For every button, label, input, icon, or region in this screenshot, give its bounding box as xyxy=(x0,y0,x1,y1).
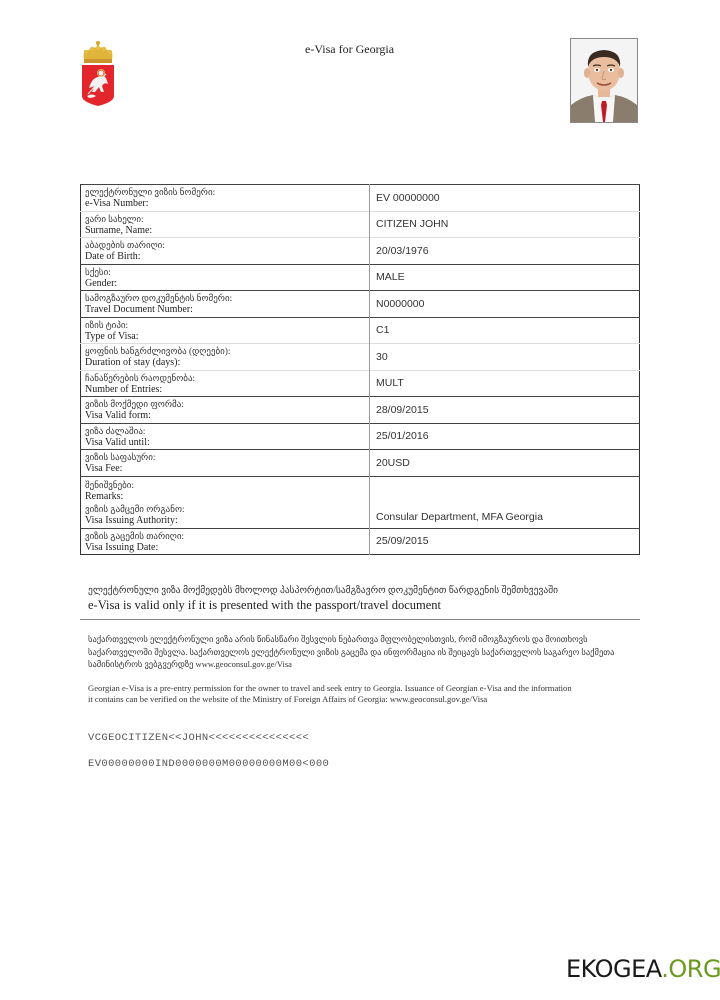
field-value-visa-issuing-date: 25/09/2015 xyxy=(370,528,640,555)
field-value-evisa-number: EV 00000000 xyxy=(370,185,640,212)
table-row-visa-valid-until: ვიზა ძალაშია:Visa Valid until: 25/01/201… xyxy=(81,423,640,450)
field-label-en: Duration of stay (days): xyxy=(85,357,365,369)
field-label-ge: სქესი: xyxy=(85,266,365,278)
table-row-visa-issuing-date: ვიზის გაცემის თარიღი:Visa Issuing Date: … xyxy=(81,528,640,555)
field-label-en: Visa Valid until: xyxy=(85,437,365,449)
table-row-remarks-issuing-authority: შენიშვნები: Remarks: ვიზის გამცემი ორგან… xyxy=(81,476,640,528)
field-label-en: Gender: xyxy=(85,278,365,290)
brand-domain: .ORG xyxy=(661,955,720,983)
field-value-surname-name: CITIZEN JOHN xyxy=(370,211,640,238)
validity-notice-ge: ელექტრონული ვიზა მოქმედებს მხოლოდ პასპორ… xyxy=(88,585,648,598)
field-label-ge: ელექტრონული ვიზის ნომერი: xyxy=(85,186,365,198)
field-label-ge: შენიშვნები: xyxy=(85,479,365,491)
field-label-ge: ვიზა ძალაშია: xyxy=(85,425,365,437)
table-row-number-of-entries: ჩანაწერების რაოდენობა:Number of Entries:… xyxy=(81,370,640,397)
field-label-ge: სამოგზაურო დოკუმენტის ნომერი: xyxy=(85,292,365,304)
field-label-ge: ვიზის გამცემი ორგანო: xyxy=(85,503,365,515)
field-label-en: Number of Entries: xyxy=(85,384,365,396)
field-value-number-of-entries: MULT xyxy=(370,370,640,397)
field-label-ge: ჩანაწერების რაოდენობა: xyxy=(85,372,365,384)
field-label-ge: ვიზის საფასური: xyxy=(85,451,365,463)
field-label-en: Surname, Name: xyxy=(85,225,365,237)
field-value-visa-valid-from: 28/09/2015 xyxy=(370,397,640,424)
field-value-issuing-authority: Consular Department, MFA Georgia xyxy=(370,476,640,528)
field-label-en: Visa Fee: xyxy=(85,463,365,475)
brand-name: EKOGEA xyxy=(566,955,661,983)
table-row-evisa-number: ელექტრონული ვიზის ნომერი:e-Visa Number: … xyxy=(81,185,640,212)
document-title: e-Visa for Georgia xyxy=(305,42,394,57)
field-label-en: e-Visa Number: xyxy=(85,198,365,210)
field-value-visa-valid-until: 25/01/2016 xyxy=(370,423,640,450)
field-label-ge: ყოფნის ხანგრძლივობა (დღეები): xyxy=(85,345,365,357)
field-label-en: Remarks: xyxy=(85,491,365,503)
visa-details-table: ელექტრონული ვიზის ნომერი:e-Visa Number: … xyxy=(80,184,640,555)
field-label-en: Type of Visa: xyxy=(85,331,365,343)
field-label-ge: ვარი სახელი: xyxy=(85,213,365,225)
table-row-gender: სქესი:Gender: MALE xyxy=(81,264,640,291)
mrz-line-2: EV00000000IND0000000M00000000M00<000 xyxy=(88,758,329,770)
field-label-en: Date of Birth: xyxy=(85,251,365,263)
info-paragraph-ge: საქართველოს ელექტრონული ვიზა არის წინასწ… xyxy=(88,633,648,671)
field-label-en: Visa Valid form: xyxy=(85,410,365,422)
table-row-duration-of-stay: ყოფნის ხანგრძლივობა (დღეები):Duration of… xyxy=(81,344,640,371)
table-row-visa-valid-from: ვიზის მოქმედი ფორმა:Visa Valid form: 28/… xyxy=(81,397,640,424)
field-value-visa-fee: 20USD xyxy=(370,450,640,477)
field-value-type-of-visa: C1 xyxy=(370,317,640,344)
table-row-type-of-visa: იზის ტიპი:Type of Visa: C1 xyxy=(81,317,640,344)
validity-notice-en: e-Visa is valid only if it is presented … xyxy=(88,598,648,613)
field-label-ge: იზის ტიპი: xyxy=(85,319,365,331)
field-value-travel-document-number: N0000000 xyxy=(370,291,640,318)
field-label-en: Visa Issuing Date: xyxy=(85,542,365,554)
field-label-ge: ვიზის გაცემის თარიღი: xyxy=(85,530,365,542)
field-label-ge: აბადების თარიღი: xyxy=(85,239,365,251)
table-row-travel-document-number: სამოგზაურო დოკუმენტის ნომერი:Travel Docu… xyxy=(81,291,640,318)
divider xyxy=(80,619,640,620)
info-en-line-1: Georgian e-Visa is a pre-entry permissio… xyxy=(88,683,648,694)
holder-portrait-photo xyxy=(570,38,638,123)
field-label-ge: ვიზის მოქმედი ფორმა: xyxy=(85,398,365,410)
info-paragraph-en: Georgian e-Visa is a pre-entry permissio… xyxy=(88,683,648,705)
validity-notice: ელექტრონული ვიზა მოქმედებს მხოლოდ პასპორ… xyxy=(88,585,648,613)
table-row-visa-fee: ვიზის საფასური:Visa Fee: 20USD xyxy=(81,450,640,477)
field-value-gender: MALE xyxy=(370,264,640,291)
table-row-date-of-birth: აბადების თარიღი:Date of Birth: 20/03/197… xyxy=(81,238,640,265)
georgia-coat-of-arms-icon xyxy=(80,40,116,106)
table-row-surname-name: ვარი სახელი:Surname, Name: CITIZEN JOHN xyxy=(81,211,640,238)
info-en-line-2: it contains can be verified on the websi… xyxy=(88,694,648,705)
field-value-duration-of-stay: 30 xyxy=(370,344,640,371)
brand-watermark: EKOGEA.ORG xyxy=(566,955,720,983)
mrz-line-1: VCGEOCITIZEN<<JOHN<<<<<<<<<<<<<<< xyxy=(88,732,309,744)
field-label-en: Visa Issuing Authority: xyxy=(85,515,365,527)
field-label-en: Travel Document Number: xyxy=(85,304,365,316)
field-value-date-of-birth: 20/03/1976 xyxy=(370,238,640,265)
